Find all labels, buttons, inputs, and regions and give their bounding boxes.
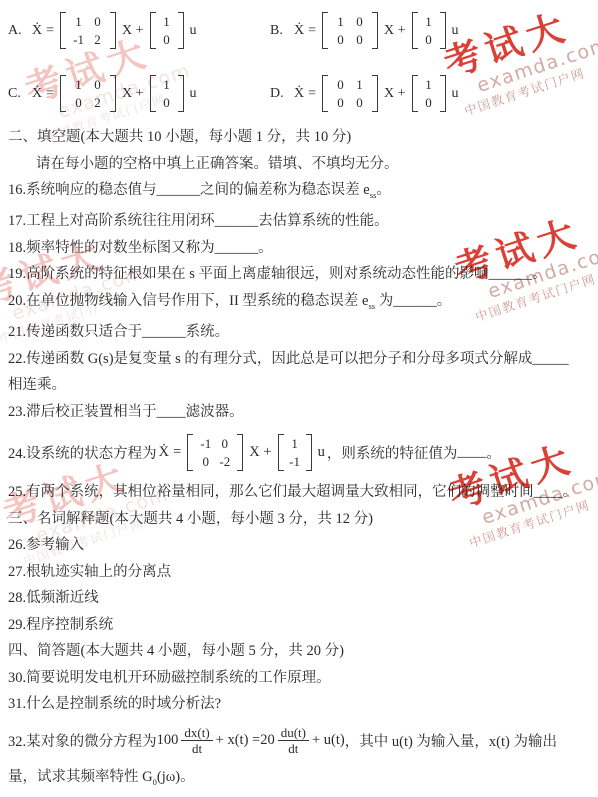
question-22-line2: 相连乘。 [8,372,598,399]
input-vector: 1 0 [150,12,184,49]
question-text: 18.频率特性的对数坐标图又称为 [8,240,215,256]
x-dot: Ẋ [294,86,304,102]
vector-cell: 1 [158,14,176,29]
equals-sign: = [308,86,316,102]
vector-cell: -1 [286,454,304,469]
vector-cell: 1 [158,77,176,92]
matrix-cell: 0 [350,95,369,110]
x-plus: X + [249,444,271,461]
question-22-line1: 22.传递函数 G(s)是复变量 s 的有理分式，因此总是可以把分子和分母多项式… [8,346,598,373]
matrix-cells: 10 02 [66,75,110,112]
input-vector: 1 0 [412,12,446,49]
question-30: 30.简要说明发电机开环励磁控制系统的工作原理。 [8,665,598,692]
fraction-numerator: dx(t) [181,725,212,741]
vector-cells: 1 0 [418,75,440,112]
choice-options: A. Ẋ = 10 -12 X + [8,12,598,112]
equation-text: + x(t) = [216,732,261,749]
vector-cell: 0 [158,95,176,110]
exam-content: A. Ẋ = 10 -12 X + [0,0,598,795]
x-dot: Ẋ [159,444,169,461]
state-equation: Ẋ = 10 -12 X + 1 [32,12,197,49]
coefficient: 100 [157,732,179,749]
question-text: 22.传递函数 G(s)是复变量 s 的有理分式，因此总是可以把分子和分母多项式… [8,351,532,367]
x-plus: X + [122,86,144,102]
question-25: 25.有两个系统，其相位裕量相同，那么它们最大超调量大致相同，它们的调整时间__… [8,479,598,506]
question-text: 21.传递函数只适合于 [8,324,142,340]
equals-sign: = [308,23,316,39]
x-dot: Ẋ [32,86,42,102]
x-plus: X + [122,23,144,39]
input-vector: 1 0 [150,75,184,112]
matrix-cell: 1 [69,14,88,29]
section-short-heading: 四、简答题(本大题共 4 小题，每小题 5 分，共 20 分) [8,638,598,665]
option-label: B. [270,23,294,39]
question-text: ，其中 u(t) 为输入量，x(t) 为输出 [345,730,557,751]
matrix-bracket [440,12,446,49]
system-matrix: 10 02 [60,75,116,112]
question-28: 28.低频渐近线 [8,585,598,612]
option-c: C. Ẋ = 10 02 X + [8,75,270,112]
matrix-bracket [178,12,184,49]
vector-cell: 1 [286,436,304,451]
section-terms-heading: 三、名词解释题(本大题共 4 小题，每小题 3 分，共 12 分) [8,506,598,533]
question-29: 29.程序控制系统 [8,612,598,639]
fraction-denominator: dt [192,741,202,756]
matrix-bracket [306,434,312,471]
question-text: 量，试求其频率特性 G [8,769,153,785]
matrix-cell: 1 [331,14,350,29]
question-text: 23.滞后校正装置相当于 [8,404,157,420]
question-text: 滤波器。 [186,404,244,420]
question-17: 17.工程上对高阶系统往往用闭环______去估算系统的性能。 [8,208,598,235]
matrix-bracket [440,75,446,112]
matrix-cell: 2 [88,95,107,110]
u-symbol: u [452,86,459,102]
vector-cells: 1 0 [156,75,178,112]
matrix-cell: 1 [350,77,369,92]
fraction-numerator: du(t) [278,725,309,741]
question-26: 26.参考输入 [8,532,598,559]
vector-cells: 1 -1 [284,434,306,471]
matrix-cell: 0 [350,32,369,47]
question-text: 。 [486,442,501,463]
fraction-denominator: dt [288,741,298,756]
blank-underline: ______ [215,213,259,229]
question-text: (jω)。 [157,769,195,785]
matrix-bracket [372,12,378,49]
question-text: 为 [375,293,393,309]
blank-underline: ____ [157,404,186,420]
matrix-cell: 1 [69,77,88,92]
matrix-bracket [110,75,116,112]
vector-cell: 1 [420,14,438,29]
question-text: 。 [258,240,273,256]
blank-underline: ____ [534,484,563,500]
blank-underline: ______ [215,240,259,256]
question-text: 。 [532,266,547,282]
option-label: D. [270,86,294,102]
question-32-line2: 量，试求其频率特性 G0(jω)。 [8,764,598,795]
u-symbol: u [452,23,459,39]
question-text: 24.设系统的状态方程为 [8,442,157,463]
question-23: 23.滞后校正装置相当于____滤波器。 [8,399,598,426]
matrix-cell: 0 [331,95,350,110]
option-b: B. Ẋ = 10 00 X + [270,12,598,49]
vector-cells: 1 0 [156,12,178,49]
matrix-bracket [110,12,116,49]
matrix-cell: 0 [215,436,234,451]
question-text: 之间的偏差称为稳态误差 e [200,182,370,198]
question-20: 20.在单位抛物线输入信号作用下，II 型系统的稳态误差 ess 为______… [8,288,598,319]
matrix-cell: 0 [331,32,350,47]
matrix-cell: -2 [215,454,234,469]
question-text: 20.在单位抛物线输入信号作用下，II 型系统的稳态误差 e [8,293,368,309]
u-symbol: u [190,86,197,102]
system-matrix: 01 00 [322,75,378,112]
question-text: 32.某对象的微分方程为 [8,730,157,751]
input-vector: 1 0 [412,75,446,112]
matrix-bracket [178,75,184,112]
fill-instruction: 请在每小题的空格中填上正确答案。错填、不填均无分。 [8,151,598,178]
question-text: 。 [563,484,578,500]
matrix-cell: 2 [88,32,107,47]
equals-sign: = [46,86,54,102]
matrix-cells: 10 00 [328,12,372,49]
u-symbol: u [318,444,325,461]
option-label: C. [8,86,32,102]
vector-cells: 1 0 [418,12,440,49]
matrix-cell: 0 [69,95,88,110]
x-dot: Ẋ [294,23,304,39]
fraction-dxdt: dx(t) dt [181,725,212,756]
question-24: 24.设系统的状态方程为 Ẋ = -10 0-2 X + 1 [8,425,598,479]
question-31: 31.什么是控制系统的时域分析法? [8,691,598,718]
matrix-cell: 0 [331,77,350,92]
vector-cell: 1 [420,77,438,92]
system-matrix: 10 00 [322,12,378,49]
question-text: 17.工程上对高阶系统往往用闭环 [8,213,215,229]
fraction-dudt: du(t) dt [278,725,309,756]
question-text: 系统。 [186,324,230,340]
matrix-cells: 10 -12 [66,12,110,49]
question-text: 去估算系统的性能。 [258,213,389,229]
u-symbol: u [190,23,197,39]
question-text: 。 [376,182,391,198]
question-16: 16.系统响应的稳态值与______之间的偏差称为稳态误差 ess。 [8,177,598,208]
exam-page: 考试大 examda.com 中国教育考试门户网 考试大 examda.com … [0,0,598,797]
question-19: 19.高阶系统的特征根如果在 s 平面上离虚轴很远，则对系统动态性能的影响___… [8,261,598,288]
matrix-bracket [237,434,243,471]
section-fill-heading: 二、填空题(本大题共 10 小题，每小题 1 分，共 10 分) [8,124,598,151]
blank-underline: ______ [393,293,437,309]
blank-underline: _____ [532,351,568,367]
question-21: 21.传递函数只适合于______系统。 [8,319,598,346]
state-equation: Ẋ = -10 0-2 X + 1 -1 [159,434,325,471]
input-vector: 1 -1 [278,434,312,471]
question-18: 18.频率特性的对数坐标图又称为______。 [8,235,598,262]
option-label: A. [8,23,32,39]
x-plus: X + [384,23,406,39]
system-matrix: 10 -12 [60,12,116,49]
question-text: 19.高阶系统的特征根如果在 s 平面上离虚轴很远，则对系统动态性能的影响 [8,266,489,282]
question-text: ，则系统的特征值为 [327,442,458,463]
vector-cell: 0 [420,32,438,47]
blank-underline: ______ [142,324,186,340]
question-27: 27.根轨迹实轴上的分离点 [8,559,598,586]
matrix-bracket [372,75,378,112]
option-a: A. Ẋ = 10 -12 X + [8,12,270,49]
x-dot: Ẋ [32,23,42,39]
matrix-cells: -10 0-2 [193,434,237,471]
blank-underline: ______ [489,266,533,282]
state-equation: Ẋ = 10 02 X + 1 [32,75,197,112]
system-matrix: -10 0-2 [187,434,243,471]
matrix-cell: -1 [69,32,88,47]
blank-underline: ______ [157,182,201,198]
vector-cell: 0 [158,32,176,47]
x-plus: X + [384,86,406,102]
matrix-cells: 01 00 [328,75,372,112]
matrix-cell: 0 [350,14,369,29]
vector-cell: 0 [420,95,438,110]
question-text: 16.系统响应的稳态值与 [8,182,157,198]
option-d: D. Ẋ = 01 00 X + [270,75,598,112]
equals-sign: = [173,444,181,461]
question-32-line1: 32.某对象的微分方程为 100 dx(t) dt + x(t) = 20 du… [8,718,598,764]
matrix-cell: -1 [196,436,215,451]
state-equation: Ẋ = 01 00 X + 1 [294,75,459,112]
equation-text: + u(t) [312,732,345,749]
coefficient: 20 [260,732,275,749]
question-text: 。 [437,293,452,309]
matrix-cell: 0 [88,14,107,29]
matrix-cell: 0 [196,454,215,469]
blank-underline: ____ [457,444,486,461]
state-equation: Ẋ = 10 00 X + 1 [294,12,459,49]
matrix-cell: 0 [88,77,107,92]
equals-sign: = [46,23,54,39]
question-text: 25.有两个系统，其相位裕量相同，那么它们最大超调量大致相同，它们的调整时间 [8,484,534,500]
